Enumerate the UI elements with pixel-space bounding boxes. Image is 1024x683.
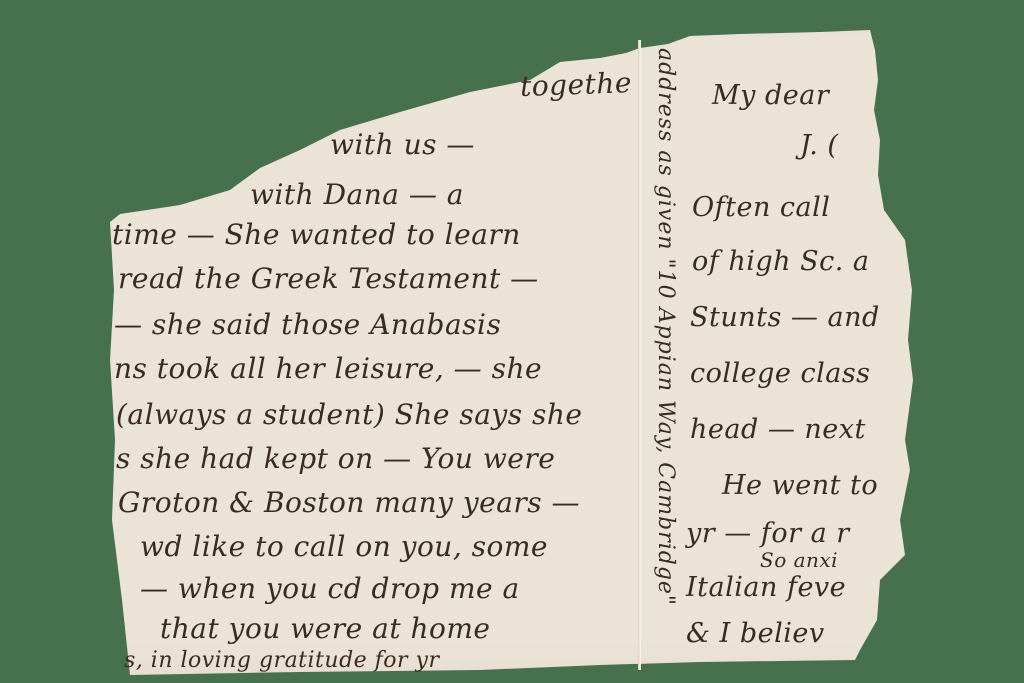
text-line: He went to	[722, 470, 878, 501]
text-line: s, in loving gratitude for yr	[124, 648, 440, 673]
text-line: of high Sc. a	[692, 246, 870, 277]
text-line: ns took all her leisure, — she	[114, 352, 542, 385]
text-line: Often call	[692, 192, 830, 223]
text-line: — she said those Anabasis	[114, 308, 501, 341]
text-line: with Dana — a	[250, 178, 464, 211]
text-line: that you were at home	[160, 612, 491, 645]
text-line: read the Greek Testament —	[118, 262, 539, 295]
text-line: So anxi	[760, 548, 838, 572]
salutation: My dear	[712, 80, 829, 111]
text-line: J. (	[800, 130, 838, 161]
text-line: (always a student) She says she	[116, 398, 582, 431]
text-line: time — She wanted to learn	[112, 218, 521, 251]
margin-address-note: address as given "10 Appian Way, Cambrid…	[648, 48, 678, 648]
page-fold-line	[638, 40, 640, 670]
text-line: — when you cd drop me a	[140, 572, 520, 605]
text-line: Italian feve	[686, 572, 846, 603]
text-line: wd like to call on you, some	[140, 530, 548, 563]
text-line: togethe	[519, 66, 632, 103]
text-line: Groton & Boston many years —	[118, 486, 580, 519]
text-line: yr — for a r	[686, 518, 850, 549]
text-line: college class	[690, 358, 871, 389]
text-line: head — next	[690, 414, 866, 445]
text-line: & I believ	[686, 618, 825, 649]
text-line: s she had kept on — You were	[116, 442, 555, 475]
text-line: with us —	[330, 128, 475, 161]
text-line: Stunts — and	[690, 302, 880, 333]
